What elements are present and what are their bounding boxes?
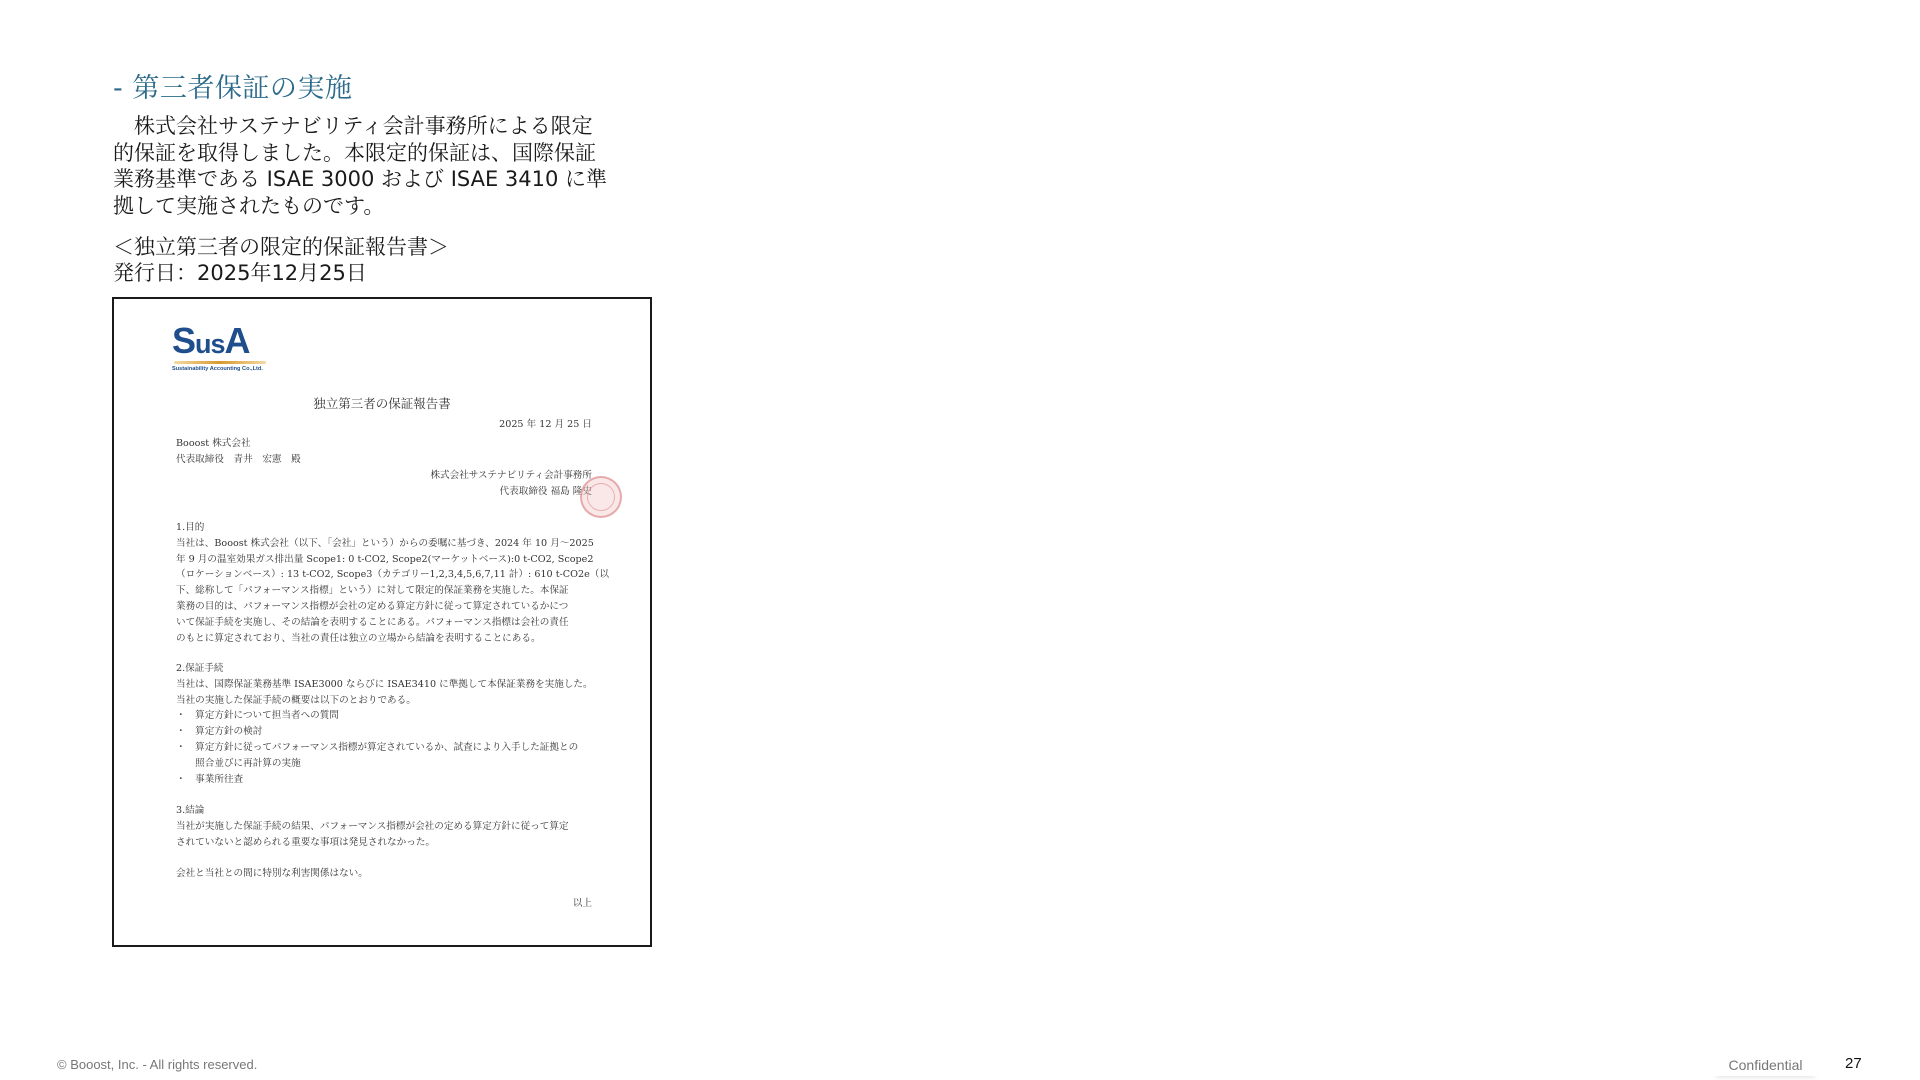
section-line: ・ 事業所往査 [176, 771, 243, 785]
section-heading: 2.保証手続 [176, 660, 224, 674]
document-title: 独立第三者の保証報告書 [114, 394, 650, 412]
section-line: 当社は、Booost 株式会社（以下、「会社」という）からの委嘱に基づき、202… [176, 535, 594, 549]
section-line: 当社は、国際保証業務基準 ISAE3000 ならびに ISAE3410 に準拠し… [176, 676, 593, 690]
section-line: ・ 算定方針について担当者への質問 [176, 707, 339, 721]
section-heading: 1.目的 [176, 519, 204, 533]
section-line: 当社の実施した保証手続の概要は以下のとおりである。 [176, 692, 416, 706]
body-line: 株式会社サステナビリティ会計事務所による限定 [113, 113, 633, 140]
seal-stamp-icon [580, 476, 622, 518]
section-line: のもとに算定されており、当社の責任は独立の立場から結論を表明することにある。 [176, 630, 541, 644]
body-line: 業務基準である ISAE 3000 および ISAE 3410 に準 [113, 166, 633, 193]
body-line: 拠して実施されたものです。 [113, 193, 633, 220]
section-line: 業務の目的は、パフォーマンス指標が会社の定める算定方針に従って算定されているかに… [176, 598, 568, 612]
logo-swoosh-icon [174, 361, 266, 364]
confidential-label: Confidential [1713, 1054, 1818, 1076]
section-line: 照合並びに再計算の実施 [176, 755, 301, 769]
susa-logo: SusA Sustainability Accounting Co.,Ltd. [172, 323, 272, 375]
section-line: されていないと認められる重要な事項は発見されなかった。 [176, 834, 435, 848]
logo-wordmark: SusA [172, 323, 250, 362]
report-heading: ＜独立第三者の限定的保証報告書＞ 発行日：2025年12月25日 [113, 234, 449, 286]
assurance-report-document: SusA Sustainability Accounting Co.,Ltd. … [114, 299, 650, 945]
body-paragraph: 株式会社サステナビリティ会計事務所による限定 的保証を取得しました。本限定的保証… [113, 113, 633, 219]
section-line: ・ 算定方針に従ってパフォーマンス指標が算定されているか、試査により入手した証拠… [176, 739, 578, 753]
document-date: 2025 年 12 月 25 日 [499, 416, 592, 430]
page-title: - 第三者保証の実施 [113, 66, 352, 105]
page-number: 27 [1845, 1055, 1862, 1072]
end-mark: 以上 [573, 895, 592, 909]
body-line: 的保証を取得しました。本限定的保証は、国際保証 [113, 140, 633, 167]
issue-date: 発行日：2025年12月25日 [113, 260, 449, 286]
section-line: いて保証手続を実施し、その結論を表明することにある。パフォーマンス指標は会社の責… [176, 614, 569, 628]
section-heading: 3.結論 [176, 802, 204, 816]
section-line: 当社が実施した保証手続の結果、パフォーマンス指標が会社の定める算定方針に従って算… [176, 818, 569, 832]
section-line: ・ 算定方針の検討 [176, 723, 262, 737]
assurance-report-image: SusA Sustainability Accounting Co.,Ltd. … [112, 297, 652, 947]
footer-copyright: © Booost, Inc. - All rights reserved. [57, 1057, 257, 1072]
section-line: （ロケーションベース）: 13 t-CO2, Scope3（カテゴリー1,2,3… [176, 566, 609, 580]
issuer-person: 代表取締役 福島 隆史 [500, 483, 592, 497]
section-line: 年 9 月の温室効果ガス排出量 Scope1: 0 t-CO2, Scope2(… [176, 551, 593, 565]
addressee-person: 代表取締役 青井 宏憲 殿 [176, 451, 301, 465]
addressee-company: Booost 株式会社 [176, 435, 251, 449]
report-label: ＜独立第三者の限定的保証報告書＞ [113, 234, 449, 260]
logo-subtitle: Sustainability Accounting Co.,Ltd. [172, 366, 263, 372]
section-line: 下、総称して「パフォーマンス指標」という）に対して限定的保証業務を実施した。本保… [176, 582, 569, 596]
issuer-company: 株式会社サステナビリティ会計事務所 [430, 467, 592, 481]
closing-statement: 会社と当社との間に特別な利害関係はない。 [176, 865, 368, 879]
